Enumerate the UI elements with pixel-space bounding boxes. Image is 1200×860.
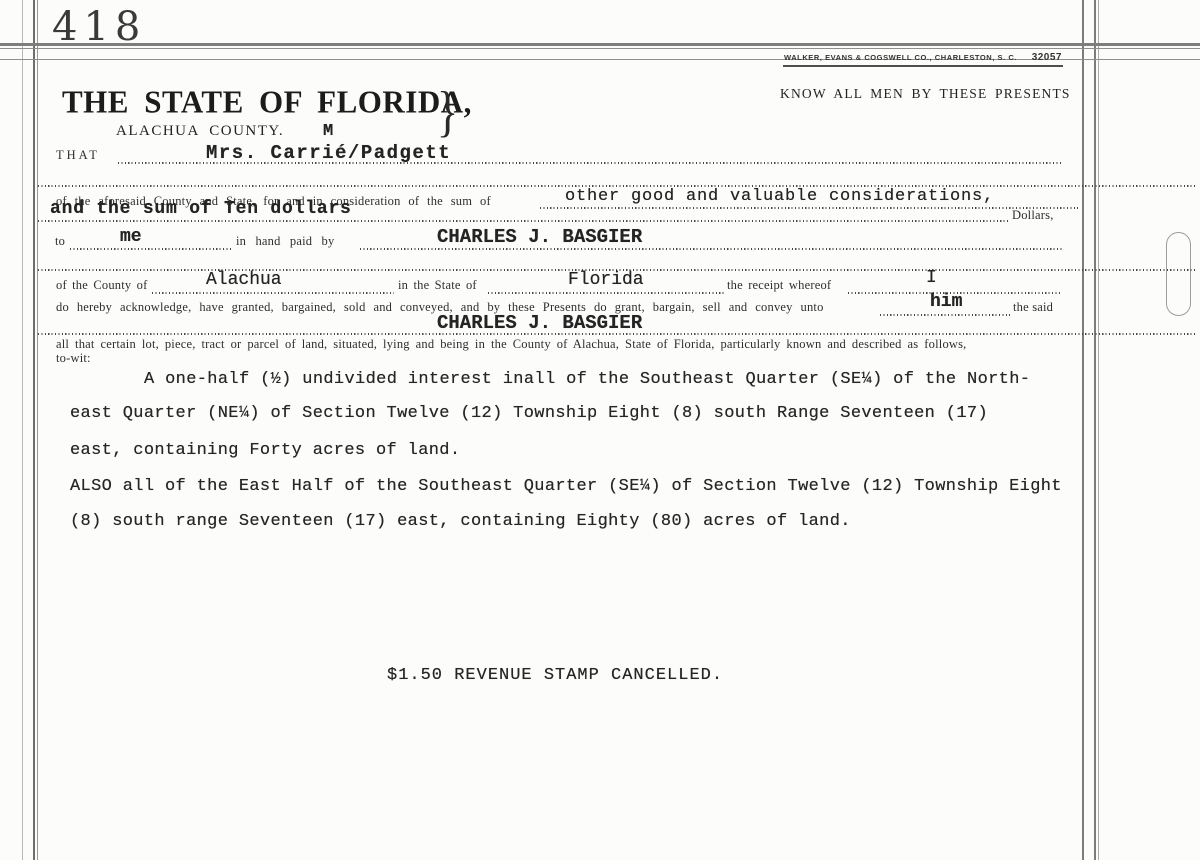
state-of-label: in the State of	[398, 278, 477, 293]
deed-document-page: 418 WALKER, EVANS & COGSWELL CO., CHARLE…	[0, 0, 1200, 860]
county-of-typed: Alachua	[206, 270, 282, 290]
dollars-label: Dollars,	[1012, 208, 1054, 223]
description-line: east Quarter (NE¼) of Section Twelve (12…	[70, 404, 988, 423]
right-margin-rule-outer	[1098, 0, 1099, 860]
right-margin-rule-inner	[1082, 0, 1084, 860]
dotted-rule	[488, 292, 725, 294]
consideration-typed: other good and valuable considerations,	[565, 187, 994, 206]
printer-mark: WALKER, EVANS & COGSWELL CO., CHARLESTON…	[784, 52, 1062, 63]
grantee-name: CHARLES J. BASGIER	[437, 312, 642, 334]
dotted-rule	[360, 248, 1062, 250]
dotted-rule	[152, 292, 394, 294]
dotted-rule	[38, 333, 1195, 335]
top-rule-heavy2	[0, 48, 1200, 49]
county-of-label: of the County of	[56, 278, 147, 293]
printer-mark-number: 32057	[1032, 52, 1062, 63]
description-intro-line2: to-wit:	[56, 351, 91, 366]
to-typed: me	[120, 227, 142, 247]
dotted-rule	[70, 248, 233, 250]
printer-mark-name: WALKER, EVANS & COGSWELL CO., CHARLESTON…	[784, 53, 1017, 62]
county-typed-mark: M	[323, 122, 333, 141]
know-all-men-heading: KNOW ALL MEN BY THESE PRESENTS	[780, 86, 1071, 102]
left-margin-rule-main	[33, 0, 35, 860]
sum-typed: and the sum of Ten dollars	[50, 199, 352, 219]
description-line: east, containing Forty acres of land.	[70, 441, 460, 460]
the-said-label: the said	[1013, 300, 1053, 315]
state-title: THE STATE OF FLORIDA,	[62, 83, 472, 120]
description-intro-line1: all that certain lot, piece, tract or pa…	[56, 337, 967, 352]
binder-punch-hole	[1166, 232, 1191, 316]
dotted-rule	[540, 207, 1078, 209]
right-margin-rule-main	[1094, 0, 1096, 860]
paid-by-typed: CHARLES J. BASGIER	[437, 226, 642, 248]
heading-brace: }	[437, 80, 459, 144]
revenue-stamp-note: $1.50 REVENUE STAMP CANCELLED.	[387, 666, 723, 685]
printer-mark-underline	[783, 65, 1063, 67]
left-margin-rule-inner	[37, 0, 38, 860]
to-label: to	[55, 234, 65, 249]
that-label: THAT	[56, 148, 100, 163]
unto-typed: him	[930, 292, 962, 312]
dotted-rule	[880, 314, 1010, 316]
description-line: ALSO all of the East Half of the Southea…	[70, 477, 1062, 496]
receipt-typed: I	[926, 268, 937, 288]
page-number: 418	[52, 4, 146, 50]
state-of-typed: Florida	[568, 270, 644, 290]
top-rule-heavy	[0, 43, 1200, 46]
description-line: A one-half (½) undivided interest inall …	[144, 370, 1030, 389]
dotted-rule	[38, 220, 1010, 222]
left-margin-rule-outer	[22, 0, 23, 860]
county-heading: ALACHUA COUNTY.	[116, 123, 284, 140]
paid-by-label: in hand paid by	[236, 234, 334, 249]
receipt-label: the receipt whereof	[727, 278, 831, 293]
grantor-name: Mrs. Carrié/Padgett	[206, 142, 451, 164]
description-line: (8) south range Seventeen (17) east, con…	[70, 512, 851, 531]
